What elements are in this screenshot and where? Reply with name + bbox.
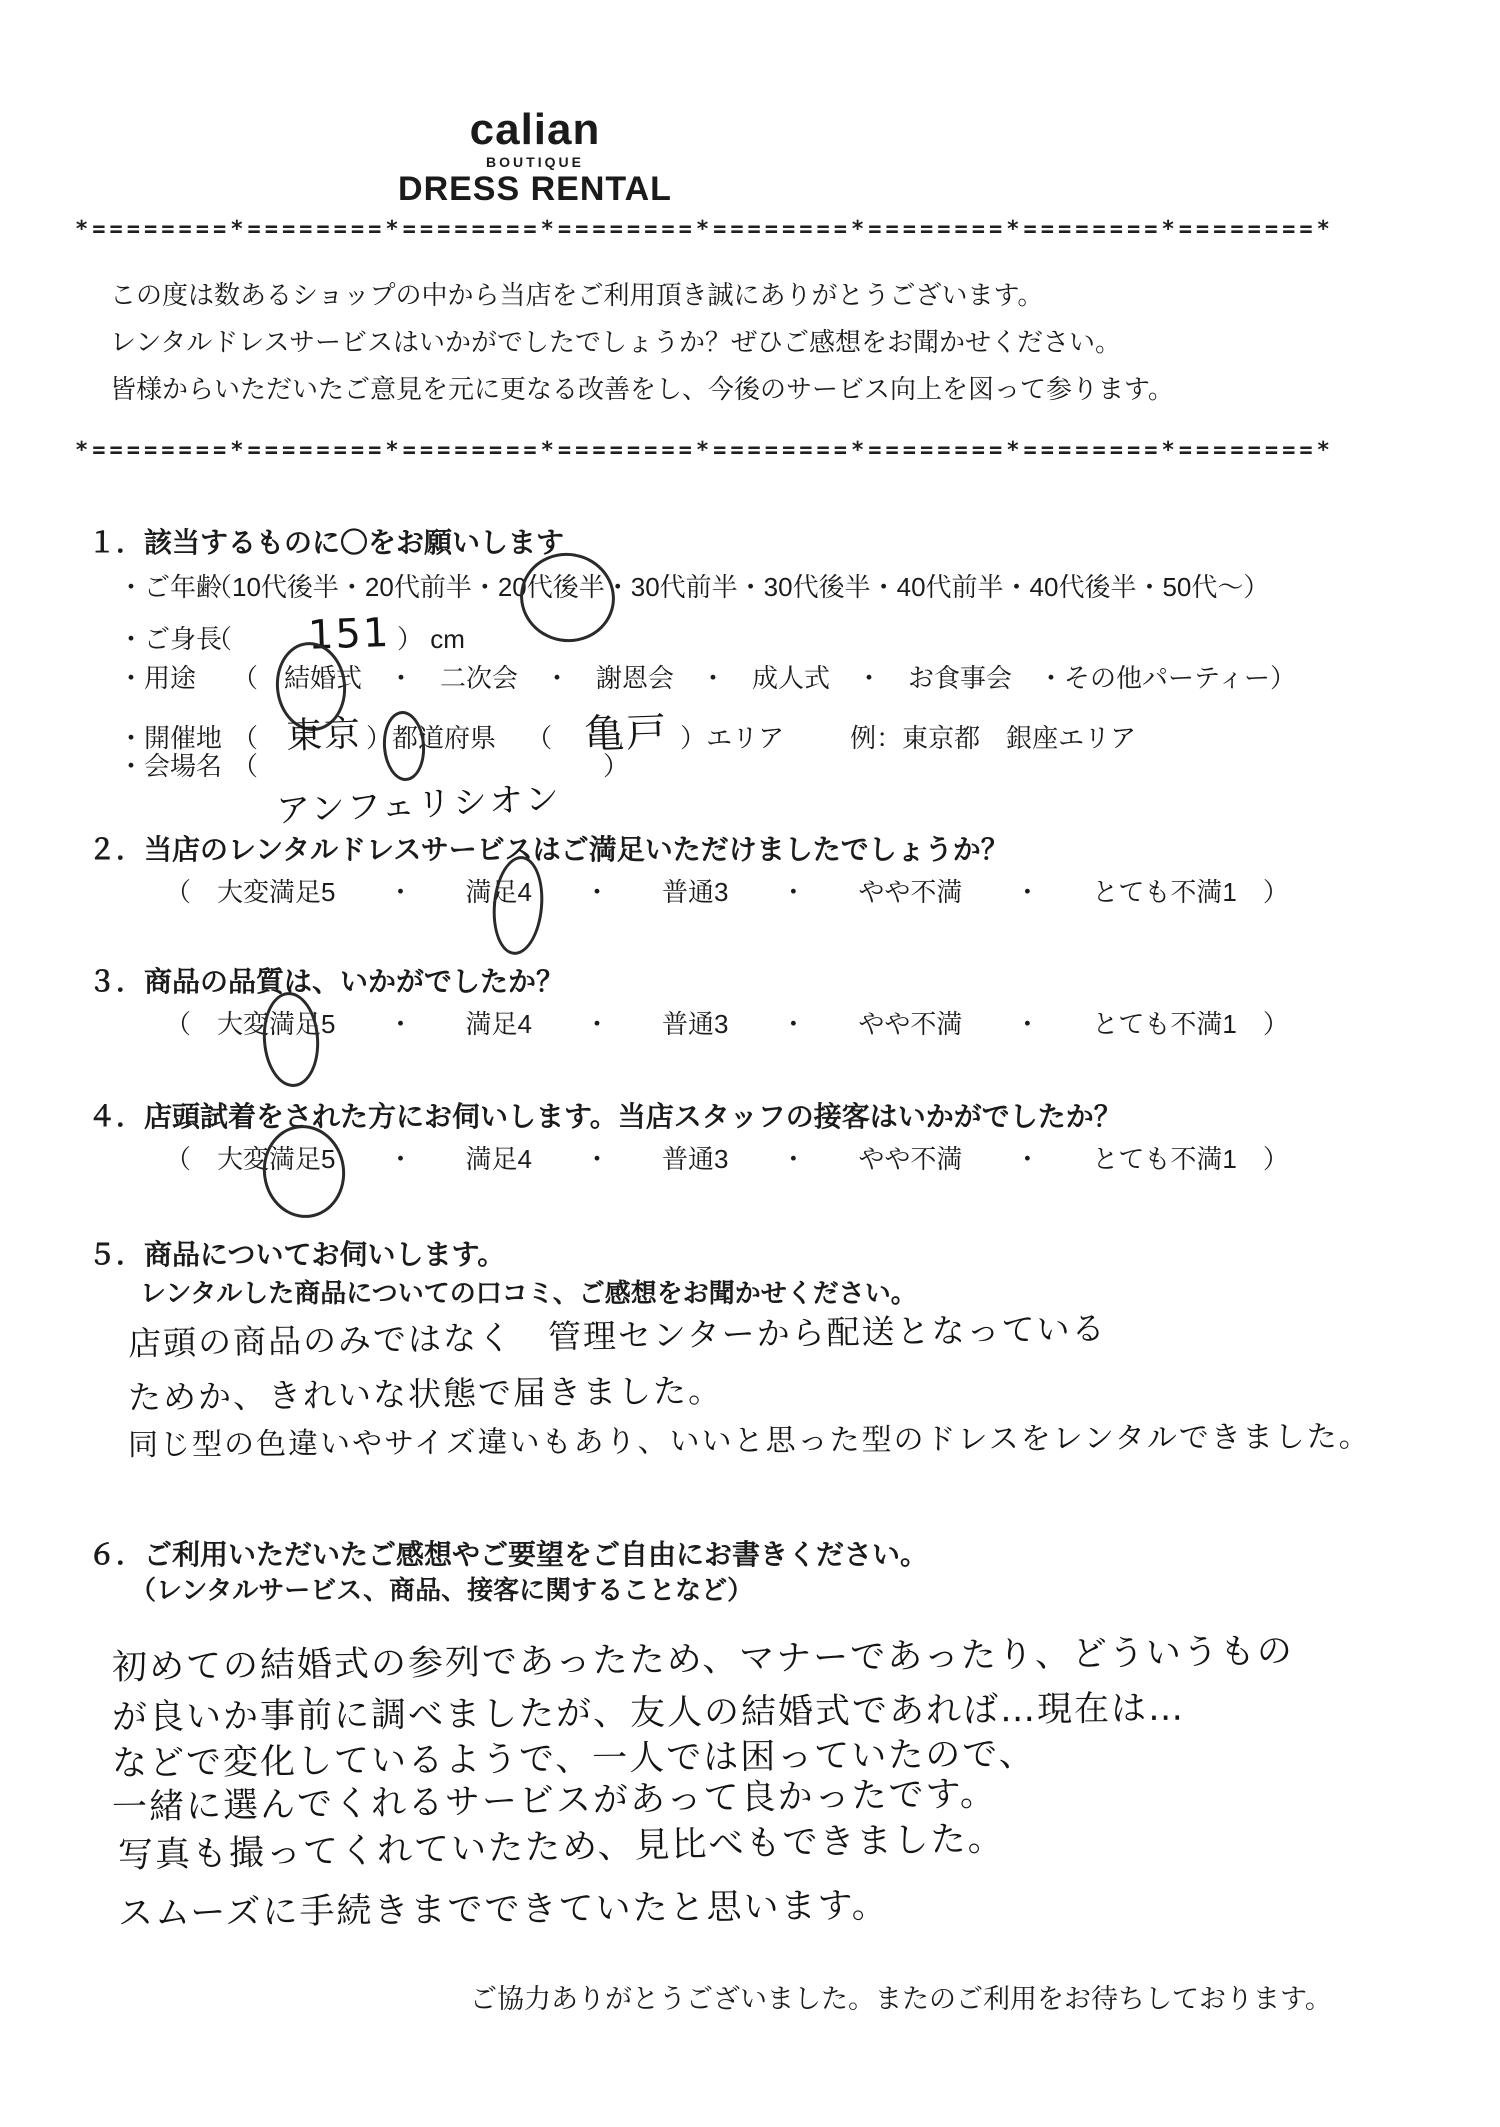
q3-options-row: （ 大変満足5 ・ 満足4 ・ 普通3 ・ やや不満 ・ とても不満1 ） [165, 1004, 1289, 1041]
header: calian BOUTIQUE DRESS RENTAL [35, 108, 1035, 206]
q1-purpose-row: ・用途（ 結婚式 ・ 二次会 ・ 謝恩会 ・ 成人式 ・ お食事会 ・その他パー… [118, 658, 1296, 695]
q1-venue-label: ・会場名 [118, 746, 232, 783]
intro-line-1: この度は数あるショップの中から当店をご利用頂き誠にありがとうございます。 [110, 272, 1174, 319]
q4-selected-circle: 大変満足5 [217, 1139, 335, 1176]
q6-title: ６．ご利用いただいたご感想やご要望をご自由にお書きください。 [88, 1533, 928, 1573]
q1-age-row: ・ご年齢（10代後半・20代前半・20代後半・30代前半・30代後半・40代前半… [118, 567, 1269, 604]
q2-options-row: （ 大変満足5 ・ 満足4 ・ 普通3 ・ やや不満 ・ とても不満1 ） [165, 872, 1289, 909]
q1-age-options-pre: （10代後半・20代前半・ [206, 572, 498, 602]
q2-options-post: ・ 普通3 ・ やや不満 ・ とても不満1 ） [532, 877, 1289, 907]
q1-height-row: ・ご身長（151） cm [118, 612, 465, 658]
q3-options-pre: （ [165, 1009, 217, 1039]
intro-paragraph: この度は数あるショップの中から当店をご利用頂き誠にありがとうございます。 レンタ… [110, 272, 1174, 413]
q5-answer-line-1: 店頭の商品のみではなく 管理センターから配送となっている [128, 1303, 1107, 1365]
q1-purpose-paren-open: （ [232, 663, 284, 693]
q1-purpose-selected-circle: 結婚式 [284, 658, 362, 695]
q1-venue-row: ・会場名（アンフェリシオン） [118, 746, 629, 783]
q3-selected-circle: 大変満足5 [217, 1004, 335, 1041]
q2-title: ２．当店のレンタルドレスサービスはご満足いただけましたでしょうか？ [88, 828, 1009, 868]
q4-title: ４．店頭試着をされた方にお伺いします。当店スタッフの接客はいかがでしたか？ [88, 1095, 1122, 1135]
q5-answer-line-2: ためか、きれいな状態で届きました。 [128, 1365, 724, 1419]
q1-venue-paren-open: （ [232, 751, 258, 781]
q1-location-area-suffix: ）エリア [680, 723, 784, 753]
q4-options-row: （ 大変満足5 ・ 満足4 ・ 普通3 ・ やや不満 ・ とても不満1 ） [165, 1139, 1289, 1176]
q1-age-selected-circle: 20代後半 [498, 567, 605, 604]
q4-options-post: ・ 満足4 ・ 普通3 ・ やや不満 ・ とても不満1 ） [335, 1144, 1288, 1174]
q6-answer-line-1: 初めての結婚式の参列であったため、マナーであったり、どういうもの [112, 1624, 1294, 1690]
brand-subtitle: BOUTIQUE [35, 155, 1035, 169]
document-title: DRESS RENTAL [35, 172, 1035, 206]
q2-selected-circle: 満足4 [465, 872, 531, 909]
q3-title: ３．商品の品質は、いかがでしたか？ [88, 960, 564, 1000]
intro-line-3: 皆様からいただいたご意見を元に更なる改善をし、今後のサービス向上を図って参ります… [110, 366, 1174, 413]
q2-options-pre: （ 大変満足5 ・ [165, 877, 465, 907]
q1-venue-handwritten-value: アンフェリシオン [275, 771, 562, 832]
q1-venue-paren-close: ） [603, 751, 629, 781]
scanned-questionnaire-page: calian BOUTIQUE DRESS RENTAL *========*=… [0, 0, 1500, 2127]
q1-title: １．該当するものに〇をお願いします [88, 521, 564, 561]
q3-options-post: ・ 満足4 ・ 普通3 ・ やや不満 ・ とても不満1 ） [335, 1009, 1288, 1039]
footer-thanks: ご協力ありがとうございました。またのご利用をお待ちしております。 [470, 1977, 1332, 2016]
q1-height-paren-open: （ [206, 624, 232, 654]
q5-answer-line-3: 同じ型の色違いやサイズ違いもあり、いいと思った型のドレスをレンタルできました。 [128, 1411, 1371, 1464]
divider-line-bottom: *========*========*========*========*===… [75, 438, 1334, 463]
q1-location-example: 例：東京都 銀座エリア [850, 723, 1136, 753]
q6-answer-line-6: スムーズに手続きまでできていたと思います。 [118, 1878, 889, 1936]
q5-title: ５．商品についてお伺いします。 [88, 1233, 505, 1273]
q1-height-handwritten-value: 151 [269, 610, 391, 660]
q1-age-label: ・ご年齢 [118, 567, 206, 604]
divider-line-top: *========*========*========*========*===… [75, 217, 1334, 242]
q1-age-options-post: ・30代前半・30代後半・40代前半・40代後半・50代～） [605, 572, 1270, 602]
q1-purpose-options-post: ・ 二次会 ・ 謝恩会 ・ 成人式 ・ お食事会 ・その他パーティー） [362, 663, 1296, 693]
q1-height-paren-close: ） cm [397, 624, 465, 654]
q6-prompt: （レンタルサービス、商品、接客に関することなど） [130, 1570, 753, 1607]
q4-options-pre: （ [165, 1144, 217, 1174]
brand-logo: calian [35, 108, 1035, 152]
q5-prompt: レンタルした商品についての口コミ、ご感想をお聞かせください。 [140, 1273, 917, 1310]
q1-purpose-label: ・用途 [118, 658, 232, 695]
intro-line-2: レンタルドレスサービスはいかがでしたでしょうか？ぜひご感想をお聞かせください。 [110, 319, 1174, 366]
q1-height-label: ・ご身長 [118, 619, 206, 656]
